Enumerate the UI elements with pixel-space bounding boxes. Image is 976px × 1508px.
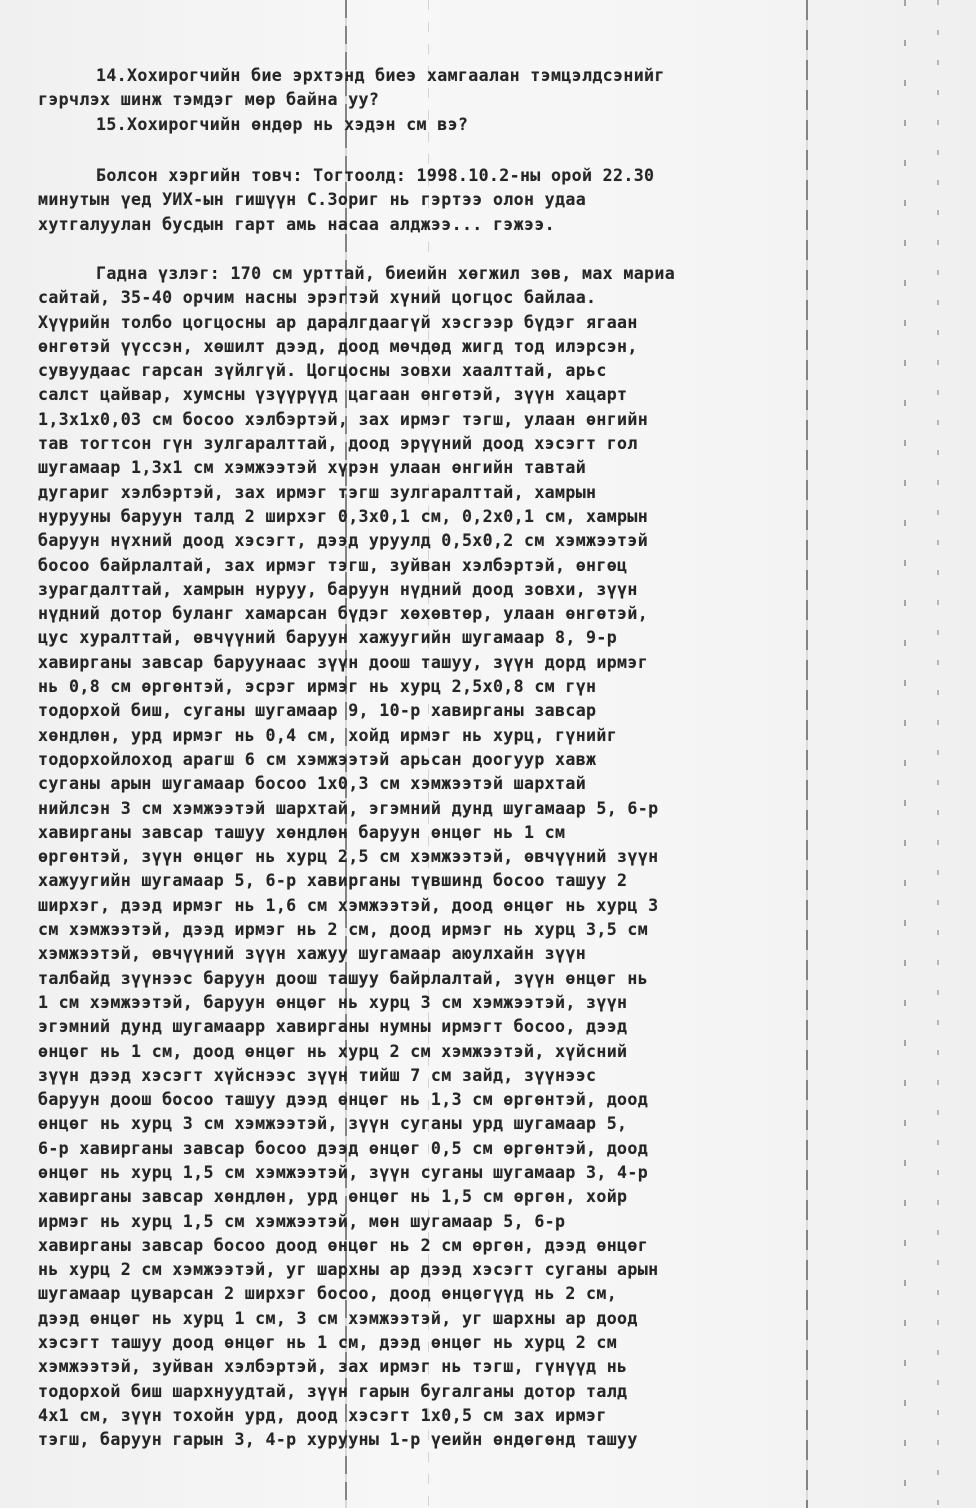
text-line: 14.Хохирогчийн бие эрхтэнд биеэ хамгаала…: [38, 64, 918, 88]
text-line: ирмэг нь хурц 1,5 см хэмжээтэй, мөн шуга…: [38, 1210, 918, 1234]
text-line: нурууны баруун талд 2 ширхэг 0,3х0,1 см,…: [38, 505, 918, 529]
text-line: дээд өнцөг нь хурц 1 см, 3 см хэмжээтэй,…: [38, 1307, 918, 1331]
text-line: 15.Хохирогчийн өндөр нь хэдэн см вэ?: [38, 113, 918, 137]
text-line: өнгөтэй үүссэн, хөшилт дээд, доод мөчдөд…: [38, 335, 918, 359]
text-line: тодорхойлоход арагш 6 см хэмжээтэй арьса…: [38, 748, 918, 772]
case-summary-section: Болсон хэргийн товч: Тогтоолд: 1998.10.2…: [38, 164, 918, 237]
text-line: сайтай, 35-40 орчим насны эрэгтэй хүний …: [38, 286, 918, 310]
text-line: суганы арын шугамаар босоо 1х0,3 см хэмж…: [38, 772, 918, 796]
text-line: зүүн дээд хэсэгт хүйснээс зүүн тийш 7 см…: [38, 1064, 918, 1088]
text-line: хэмжээтэй, зуйван хэлбэртэй, зах ирмэг н…: [38, 1355, 918, 1379]
text-line: нь хурц 2 см хэмжээтэй, уг шархны ар дээ…: [38, 1258, 918, 1282]
questions-section: 14.Хохирогчийн бие эрхтэнд биеэ хамгаала…: [38, 64, 918, 137]
text-line: өнцөг нь хурц 1,5 см хэмжээтэй, зүүн суг…: [38, 1161, 918, 1185]
text-line: дугариг хэлбэртэй, зах ирмэг тэгш зулгар…: [38, 481, 918, 505]
text-line: талбайд зүүнээс баруун доош ташуу байрла…: [38, 967, 918, 991]
text-line: шугамаар 1,3х1 см хэмжээтэй хүрэн улаан …: [38, 456, 918, 480]
text-line: 6-р хавирганы завсар босоо дээд өнцөг 0,…: [38, 1137, 918, 1161]
text-line: хөндлөн, урд ирмэг нь 0,4 см, хойд ирмэг…: [38, 724, 918, 748]
text-line: нь 0,8 см өргөнтэй, эсрэг ирмэг нь хурц …: [38, 675, 918, 699]
text-line: тав тогтсон гүн зулгаралттай, доод эрүүн…: [38, 432, 918, 456]
text-line: тэгш, баруун гарын 3, 4-р хурууны 1-р үе…: [38, 1428, 918, 1452]
text-line: баруун нүхний доод хэсэгт, дээд уруулд 0…: [38, 529, 918, 553]
text-line: тодорхой биш шархнуудтай, зүүн гарын буг…: [38, 1380, 918, 1404]
text-line: хавирганы завсар хөндлөн, урд өнцөг нь 1…: [38, 1185, 918, 1209]
text-line: минутын үед УИХ-ын гишүүн С.Зориг нь гэр…: [38, 188, 918, 212]
text-line: өргөнтэй, зүүн өнцөг нь хурц 2,5 см хэмж…: [38, 845, 918, 869]
text-line: тодорхой биш, суганы шугамаар 9, 10-р ха…: [38, 699, 918, 723]
text-line: 1 см хэмжээтэй, баруун өнцөг нь хурц 3 с…: [38, 991, 918, 1015]
text-line: өнцөг нь 1 см, доод өнцөг нь хурц 2 см х…: [38, 1040, 918, 1064]
text-line: нийлсэн 3 см хэмжээтэй шархтай, эгэмний …: [38, 797, 918, 821]
text-line: хавирганы завсар баруунаас зүүн доош таш…: [38, 651, 918, 675]
text-line: баруун доош босоо ташуу дээд өнцөг нь 1,…: [38, 1088, 918, 1112]
text-line: зурагдалттай, хамрын нуруу, баруун нүдни…: [38, 578, 918, 602]
text-line: өнцөг нь хурц 3 см хэмжээтэй, зүүн суган…: [38, 1112, 918, 1136]
text-line: нүдний дотор буланг хамарсан бүдэг хөхөв…: [38, 602, 918, 626]
text-line: хавирганы завсар босоо доод өнцөг нь 2 с…: [38, 1234, 918, 1258]
text-line: босоо байрлалтай, зах ирмэг тэгш, зуйван…: [38, 554, 918, 578]
text-line: хэсэгт ташуу доод өнцөг нь 1 см, дээд өн…: [38, 1331, 918, 1355]
external-examination-section: Гадна үзлэг: 170 см урттай, биеийн хөгжи…: [38, 262, 918, 1453]
text-line: 4х1 см, зүүн тохойн урд, доод хэсэгт 1х0…: [38, 1404, 918, 1428]
text-line: ширхэг, дээд ирмэг нь 1,6 см хэмжээтэй, …: [38, 894, 918, 918]
text-line: гэрчлэх шинж тэмдэг мөр байна уу?: [38, 88, 918, 112]
text-line: салст цайвар, хумсны үзүүрүүд цагаан өнг…: [38, 383, 918, 407]
text-line: шугамаар цуварсан 2 ширхэг босоо, доод ө…: [38, 1282, 918, 1306]
text-line: см хэмжээтэй, дээд ирмэг нь 2 см, доод и…: [38, 918, 918, 942]
text-line: Хүүрийн толбо цогцосны ар даралгдаагүй х…: [38, 311, 918, 335]
text-line: хутгалуулан бусдын гарт амь насаа алджээ…: [38, 213, 918, 237]
scanned-page: 14.Хохирогчийн бие эрхтэнд биеэ хамгаала…: [0, 0, 976, 1508]
text-line: сувуудаас гарсан зүйлгүй. Цогцосны зовхи…: [38, 359, 918, 383]
text-line: цус хуралттай, өвчүүний баруун хажуугийн…: [38, 626, 918, 650]
text-line: эгэмний дунд шугамаарр хавирганы нумны и…: [38, 1015, 918, 1039]
text-line: 1,3х1х0,03 см босоо хэлбэртэй, зах ирмэг…: [38, 408, 918, 432]
fold-line: [937, 0, 939, 1508]
text-line: хажуугийн шугамаар 5, 6-р хавирганы түвш…: [38, 869, 918, 893]
text-line: Гадна үзлэг: 170 см урттай, биеийн хөгжи…: [38, 262, 918, 286]
text-line: Болсон хэргийн товч: Тогтоолд: 1998.10.2…: [38, 164, 918, 188]
text-line: хавирганы завсар ташуу хөндлөн баруун өн…: [38, 821, 918, 845]
text-line: хэмжээтэй, өвчүүний зүүн хажуу шугамаар …: [38, 942, 918, 966]
